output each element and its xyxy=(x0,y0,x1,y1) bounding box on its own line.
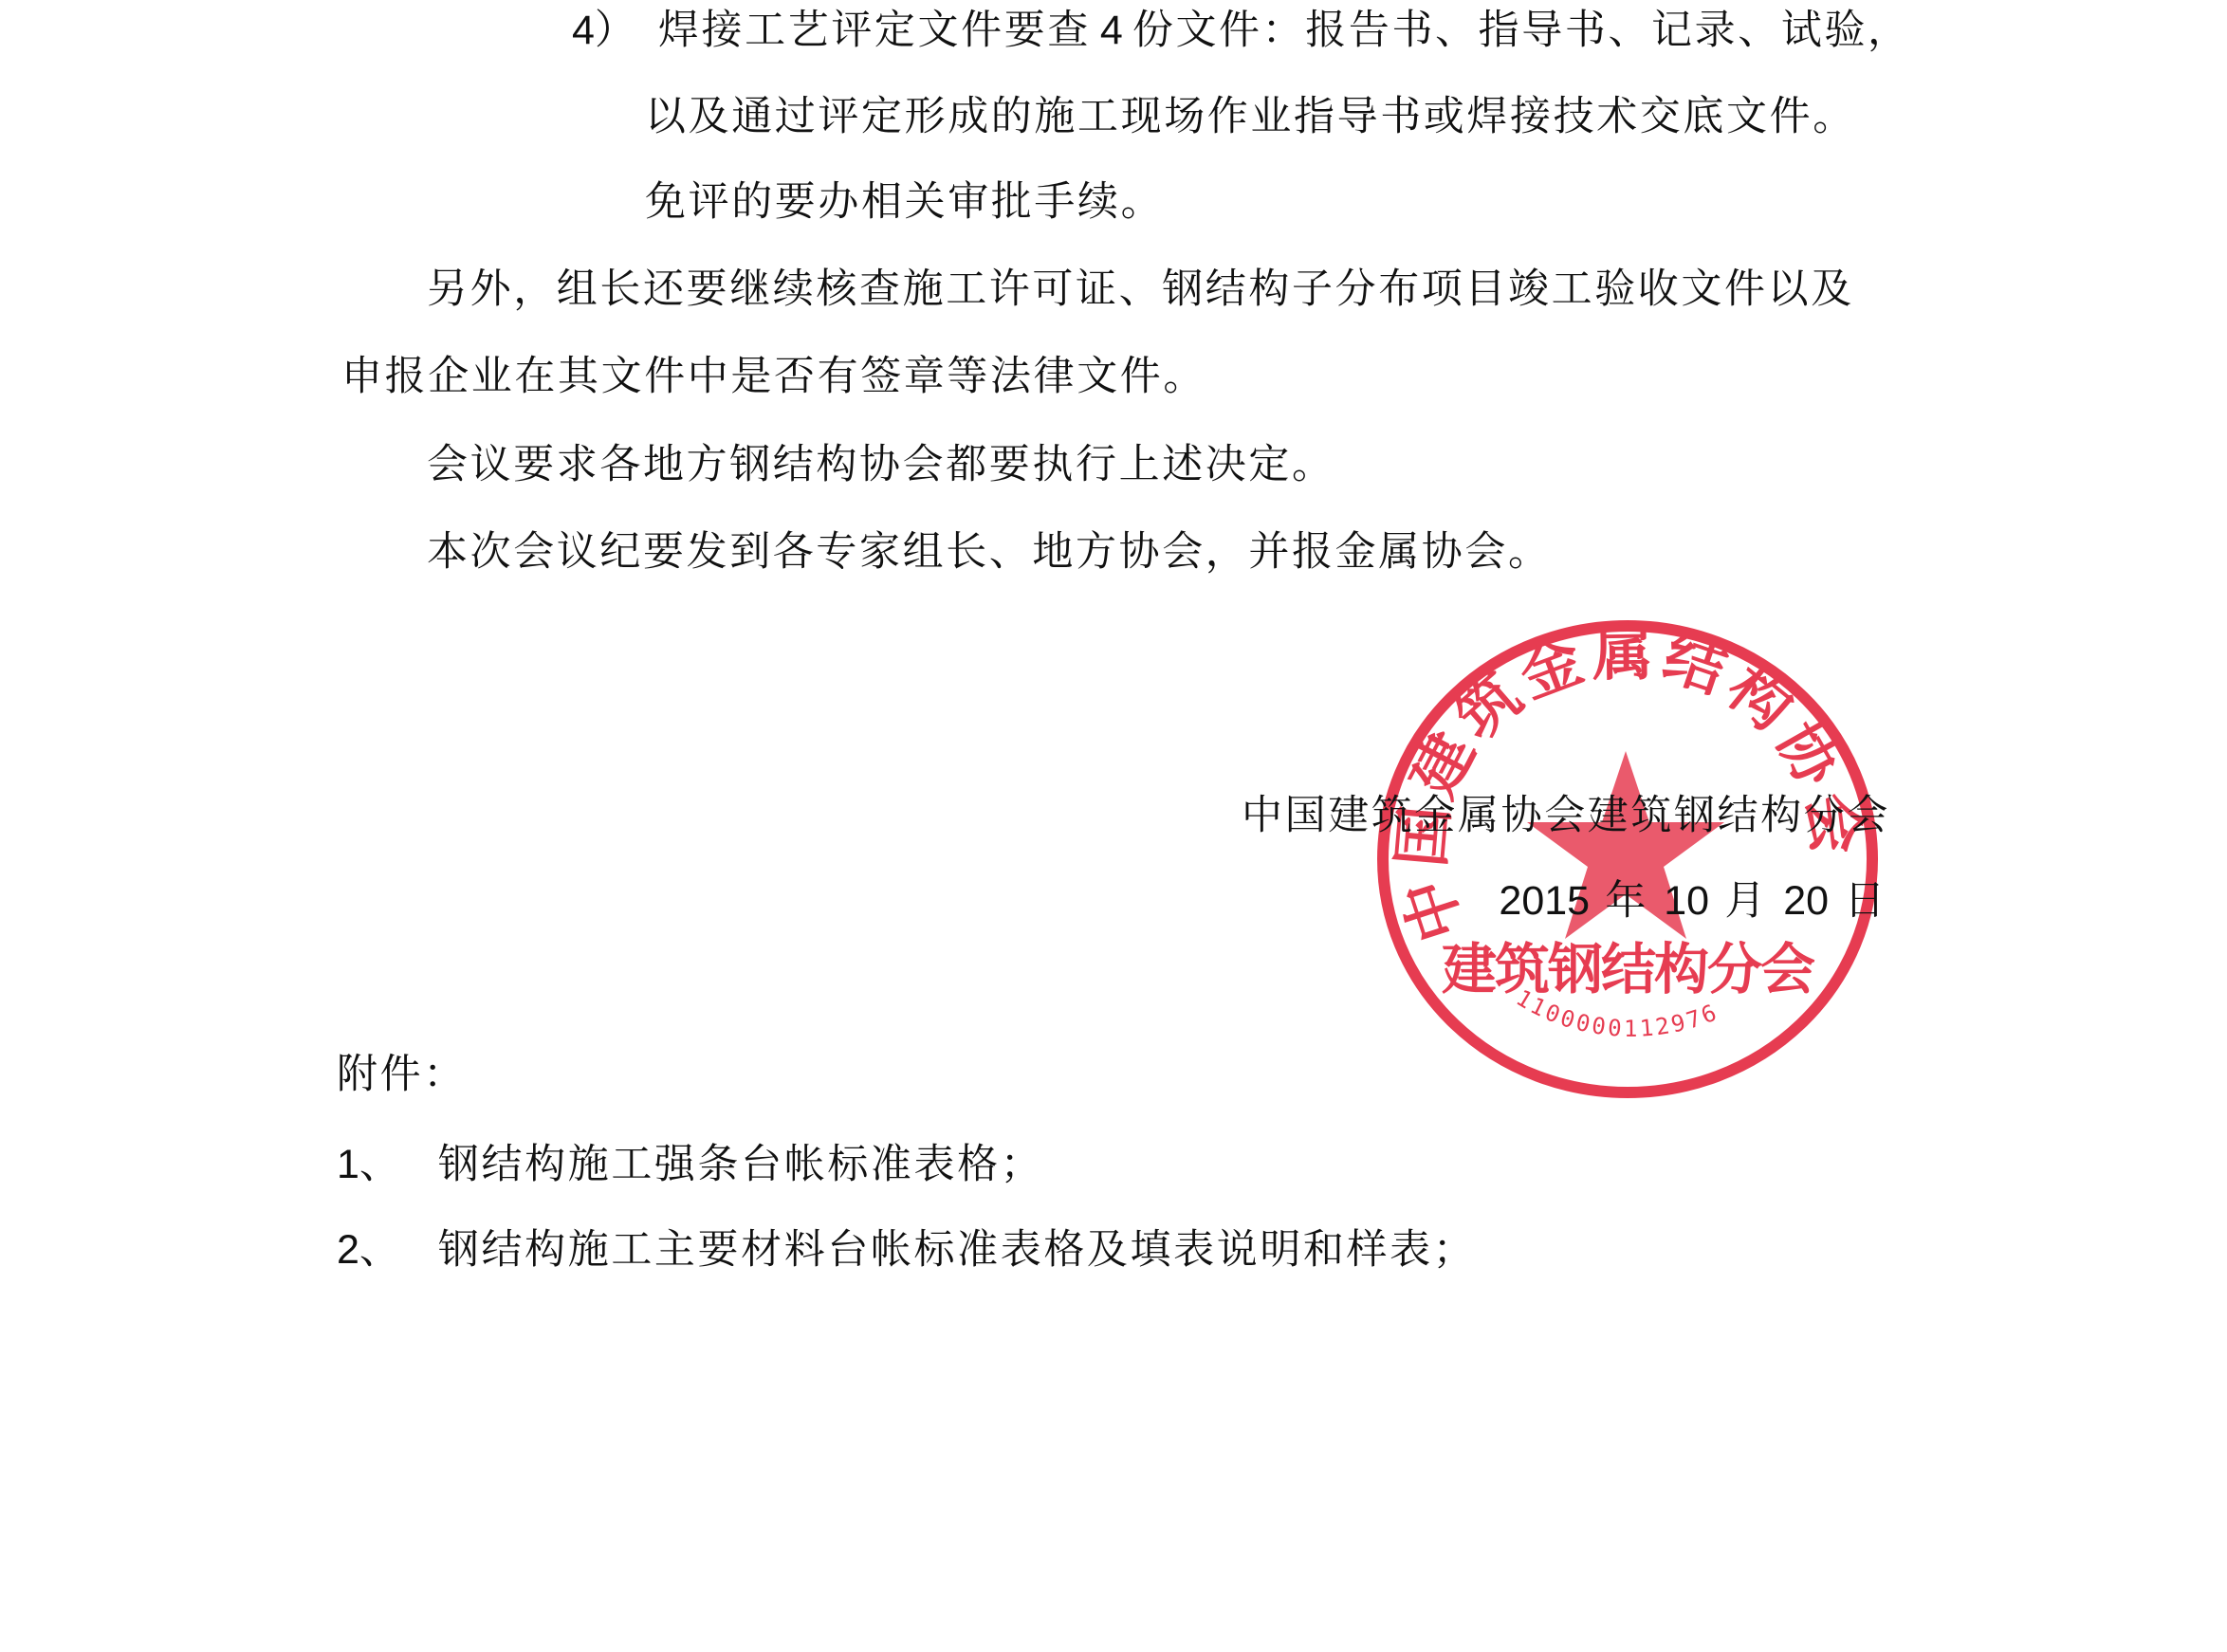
paragraph-1-line-1: 另外，组长还要继续核查施工许可证、钢结构子分布项目竣工验收文件以及 xyxy=(427,261,1854,318)
item-4-marker: 4） xyxy=(572,8,635,53)
item-4-text-a: 焊接工艺评定文件要查 xyxy=(658,7,1091,54)
official-seal: 中国建筑金属结构协会 建筑钢结构分会 1100000112976 xyxy=(1375,618,1880,1100)
attachments-heading: 附件： xyxy=(337,1046,467,1103)
paragraph-3: 本次会议纪要发到各专家组长、地方协会，并报金属协会。 xyxy=(427,523,1552,580)
item-4-text-b: 份文件：报告书、指导书、记录、试验， xyxy=(1132,7,1911,54)
signature-date: 2015 年 10 月 20 日 xyxy=(1499,872,1887,929)
attachment-index: 2、 xyxy=(337,1227,400,1273)
attachment-index: 1、 xyxy=(337,1142,400,1187)
signature-organization: 中国建筑金属协会建筑钢结构分会 xyxy=(1242,787,1890,844)
paragraph-2: 会议要求各地方钢结构协会都要执行上述决定。 xyxy=(427,436,1335,493)
seal-center-text: 建筑钢结构分会 xyxy=(1442,937,1815,1001)
item-4-line-3: 免评的要办相关审批手续。 xyxy=(645,174,1164,230)
paragraph-1-line-2: 申报企业在其文件中是否有签章等法律文件。 xyxy=(341,348,1206,405)
item-4-count: 4 xyxy=(1091,8,1132,53)
attachment-text: 钢结构施工主要材料台帐标准表格及填表说明和样表； xyxy=(438,1226,1476,1274)
attachment-item-2: 2、钢结构施工主要材料台帐标准表格及填表说明和样表； xyxy=(337,1221,1476,1278)
item-4-line-1: 4）焊接工艺评定文件要查4份文件：报告书、指导书、记录、试验， xyxy=(572,2,1911,59)
attachment-item-1: 1、钢结构施工强条台帐标准表格； xyxy=(337,1136,1043,1193)
attachment-text: 钢结构施工强条台帐标准表格； xyxy=(438,1141,1043,1188)
item-4-line-2: 以及通过评定形成的施工现场作业指导书或焊接技术交底文件。 xyxy=(645,88,1856,145)
